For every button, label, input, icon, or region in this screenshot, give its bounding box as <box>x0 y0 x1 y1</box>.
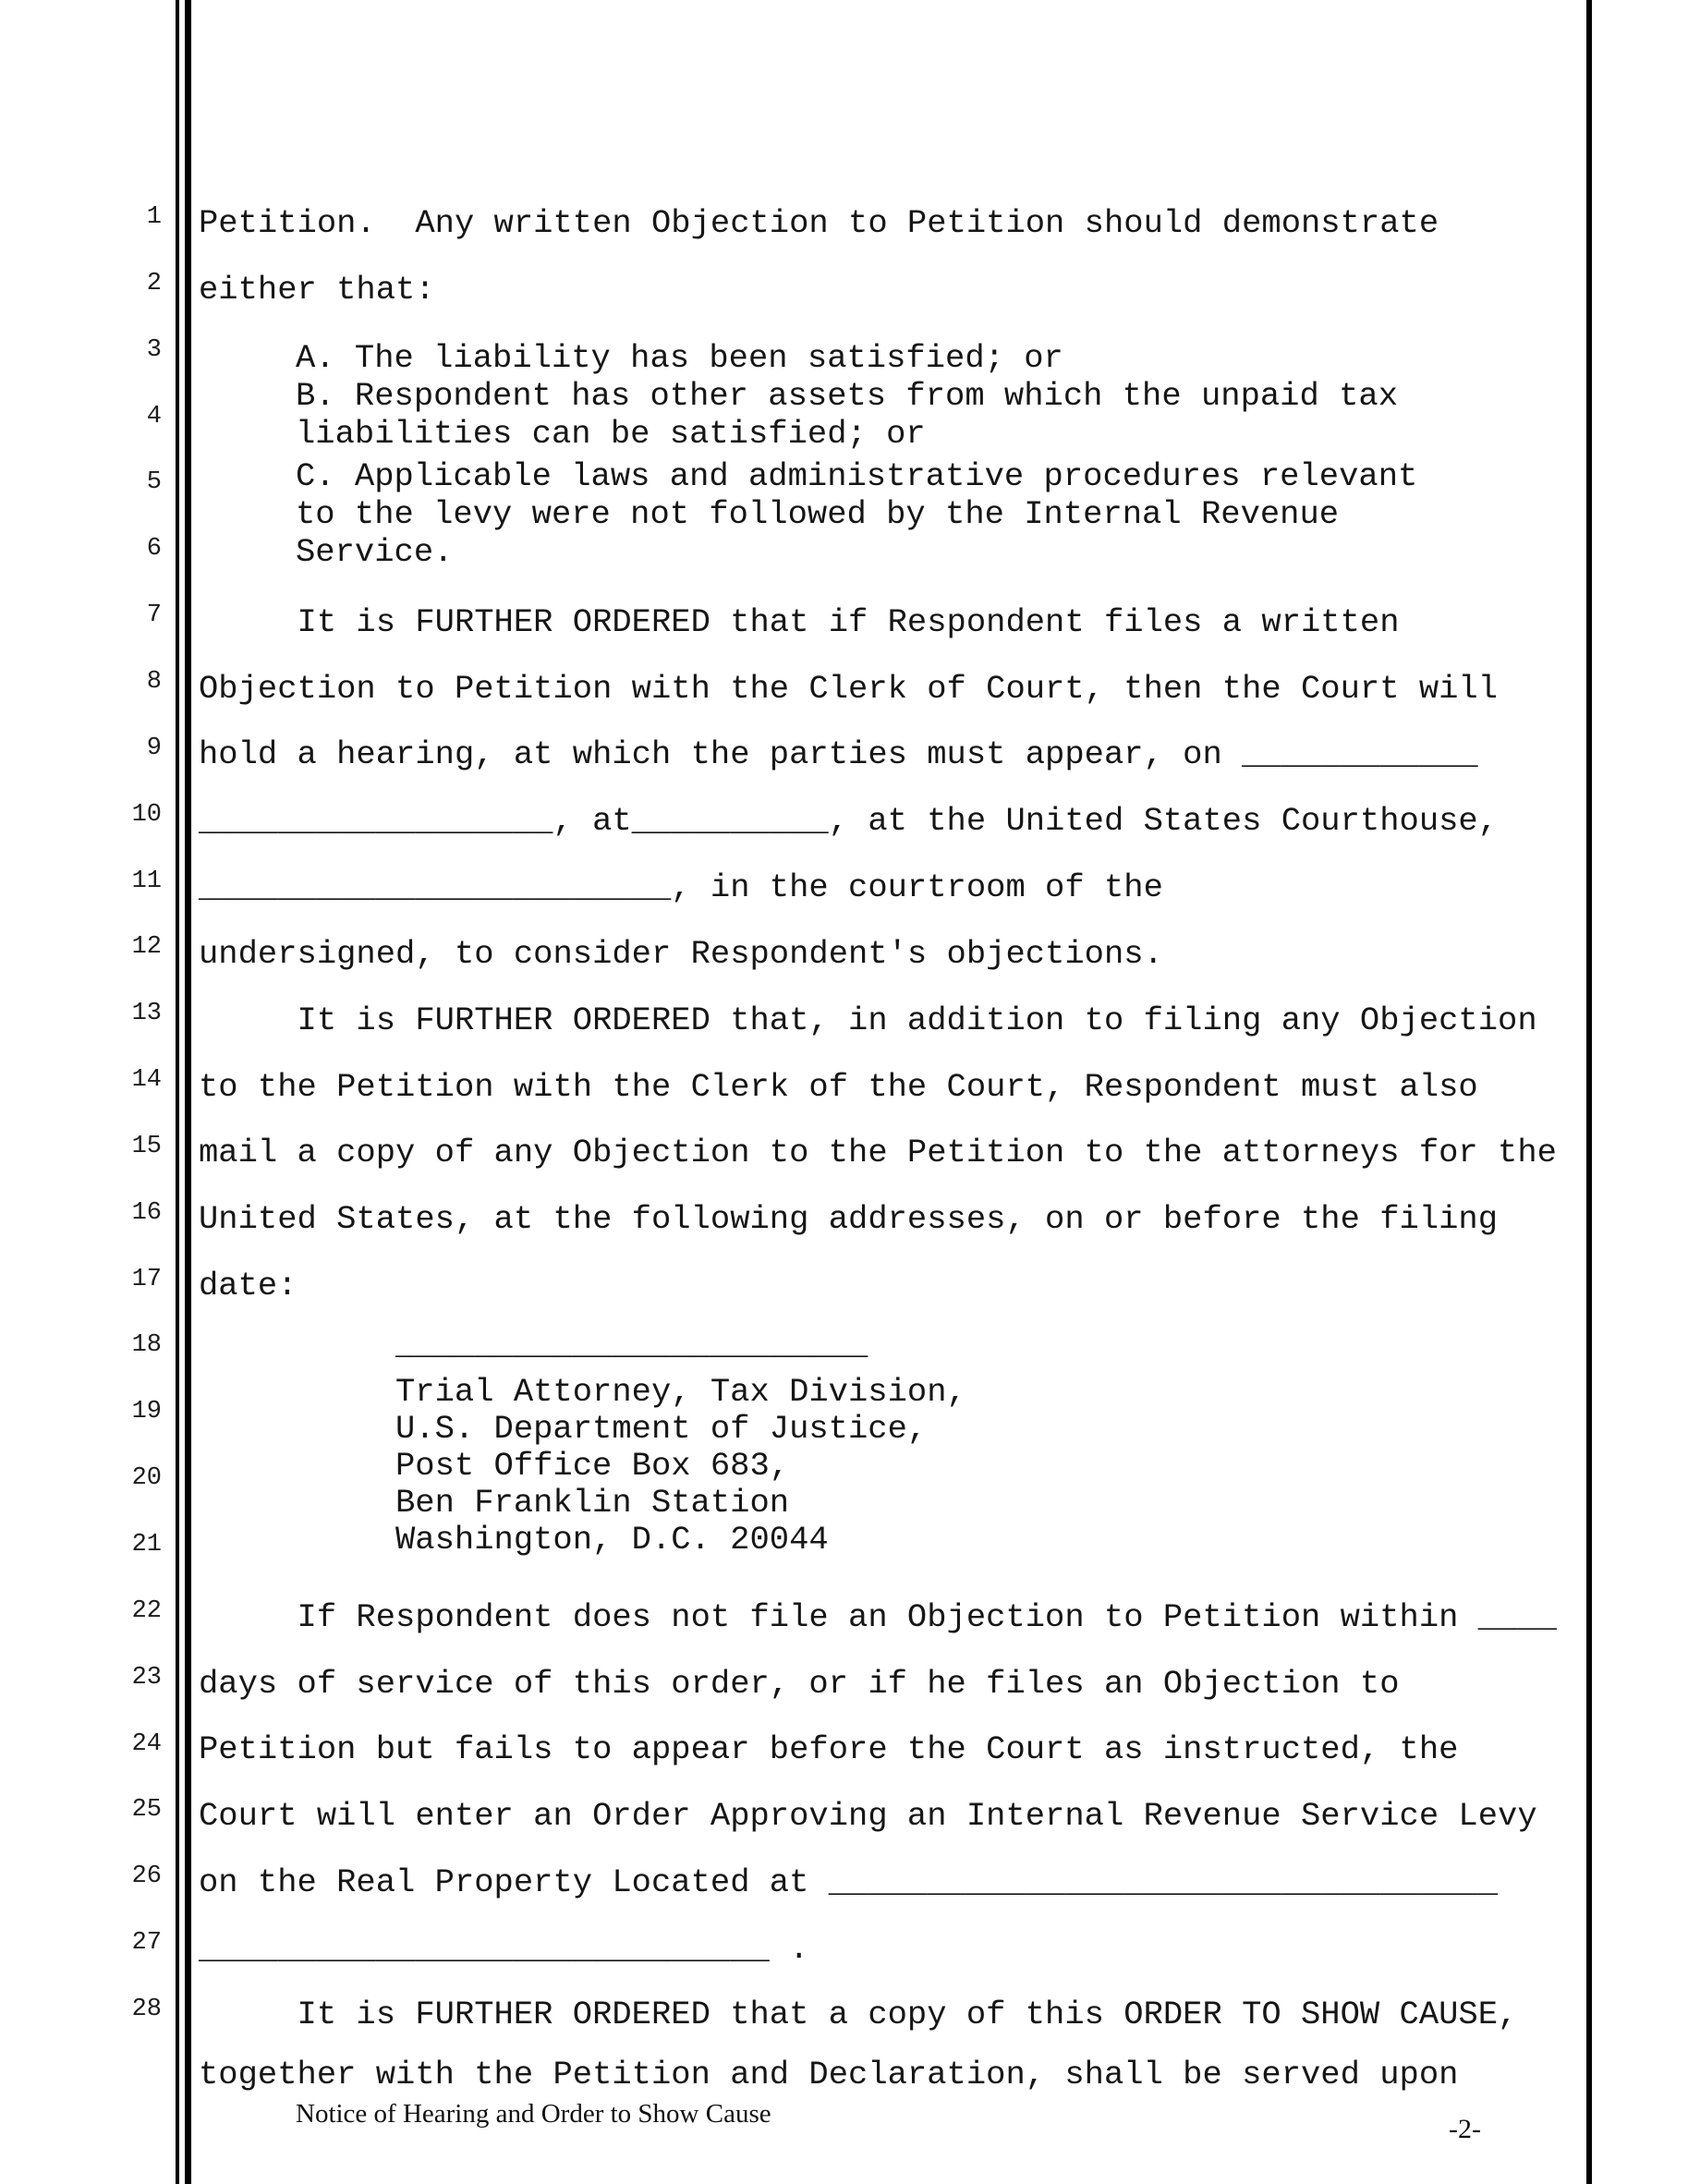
line-number: 20 <box>88 1466 162 1491</box>
document-line: United States, at the following addresse… <box>199 1201 1498 1237</box>
line-number: 17 <box>88 1268 162 1292</box>
document-line: If Respondent does not file an Objection… <box>199 1599 1557 1635</box>
line-number: 2 <box>88 272 162 297</box>
line-number: 23 <box>88 1666 162 1691</box>
document-line: It is FURTHER ORDERED that a copy of thi… <box>199 1996 1517 2032</box>
line-number: 4 <box>88 405 162 430</box>
document-line: ________________________, in the courtro… <box>199 869 1163 905</box>
document-line: hold a hearing, at which the parties mus… <box>199 736 1478 772</box>
line-number: 12 <box>88 935 162 960</box>
line-number: 15 <box>88 1134 162 1159</box>
document-line: together with the Petition and Declarati… <box>199 2057 1458 2093</box>
line-number: 28 <box>88 1997 162 2022</box>
document-line: _____________________________ . <box>199 1931 808 1967</box>
document-line: Petition. Any written Objection to Petit… <box>199 205 1439 241</box>
court-order-page: 1234567891011121314151617181920212223242… <box>0 0 1688 2184</box>
line-number: 11 <box>88 869 162 894</box>
document-line: ________________________ <box>395 1327 868 1363</box>
footer-page-number: -2- <box>1449 2114 1481 2145</box>
document-line: Trial Attorney, Tax Division, <box>395 1374 966 1410</box>
document-line: to the levy were not followed by the Int… <box>296 496 1339 532</box>
document-line: mail a copy of any Objection to the Peti… <box>199 1134 1557 1171</box>
document-line: C. Applicable laws and administrative pr… <box>296 458 1417 494</box>
footer-title: Notice of Hearing and Order to Show Caus… <box>296 2099 771 2129</box>
document-line: Washington, D.C. 20044 <box>395 1522 829 1558</box>
right-margin-rule <box>1586 0 1592 2184</box>
document-line: U.S. Department of Justice, <box>395 1411 927 1447</box>
line-number: 25 <box>88 1798 162 1823</box>
line-number: 14 <box>88 1068 162 1093</box>
document-line: A. The liability has been satisfied; or <box>296 340 1063 376</box>
document-line: Court will enter an Order Approving an I… <box>199 1798 1537 1834</box>
line-number: 7 <box>88 603 162 628</box>
line-number: 19 <box>88 1400 162 1425</box>
document-line: B. Respondent has other assets from whic… <box>296 378 1398 414</box>
line-number: 18 <box>88 1333 162 1358</box>
line-number: 26 <box>88 1864 162 1889</box>
line-number: 3 <box>88 338 162 363</box>
line-number: 16 <box>88 1201 162 1226</box>
document-line: undersigned, to consider Respondent's ob… <box>199 936 1163 972</box>
line-number: 27 <box>88 1931 162 1956</box>
left-double-rule-inner <box>185 0 191 2184</box>
line-number: 22 <box>88 1599 162 1624</box>
document-line: liabilities can be satisfied; or <box>296 416 926 452</box>
document-line: on the Real Property Located at ________… <box>199 1864 1498 1900</box>
document-line: Ben Franklin Station <box>395 1485 789 1521</box>
document-line: Post Office Box 683, <box>395 1448 789 1484</box>
line-number: 24 <box>88 1732 162 1757</box>
document-line: Objection to Petition with the Clerk of … <box>199 671 1498 707</box>
document-line: date: <box>199 1268 298 1304</box>
line-number: 21 <box>88 1533 162 1558</box>
line-number: 1 <box>88 205 162 230</box>
document-line: __________________, at__________, at the… <box>199 803 1498 839</box>
line-number: 6 <box>88 537 162 562</box>
document-line: to the Petition with the Clerk of the Co… <box>199 1069 1478 1105</box>
line-number: 10 <box>88 803 162 828</box>
document-line: Petition but fails to appear before the … <box>199 1731 1458 1767</box>
document-line: either that: <box>199 272 435 308</box>
line-number: 9 <box>88 736 162 761</box>
document-line: days of service of this order, or if he … <box>199 1666 1400 1702</box>
document-line: Service. <box>296 534 453 570</box>
line-number: 13 <box>88 1001 162 1026</box>
document-line: It is FURTHER ORDERED that, in addition … <box>199 1002 1537 1038</box>
document-line: It is FURTHER ORDERED that if Respondent… <box>199 604 1400 640</box>
line-number: 8 <box>88 670 162 695</box>
left-double-rule-outer <box>176 0 179 2184</box>
line-number: 5 <box>88 470 162 495</box>
